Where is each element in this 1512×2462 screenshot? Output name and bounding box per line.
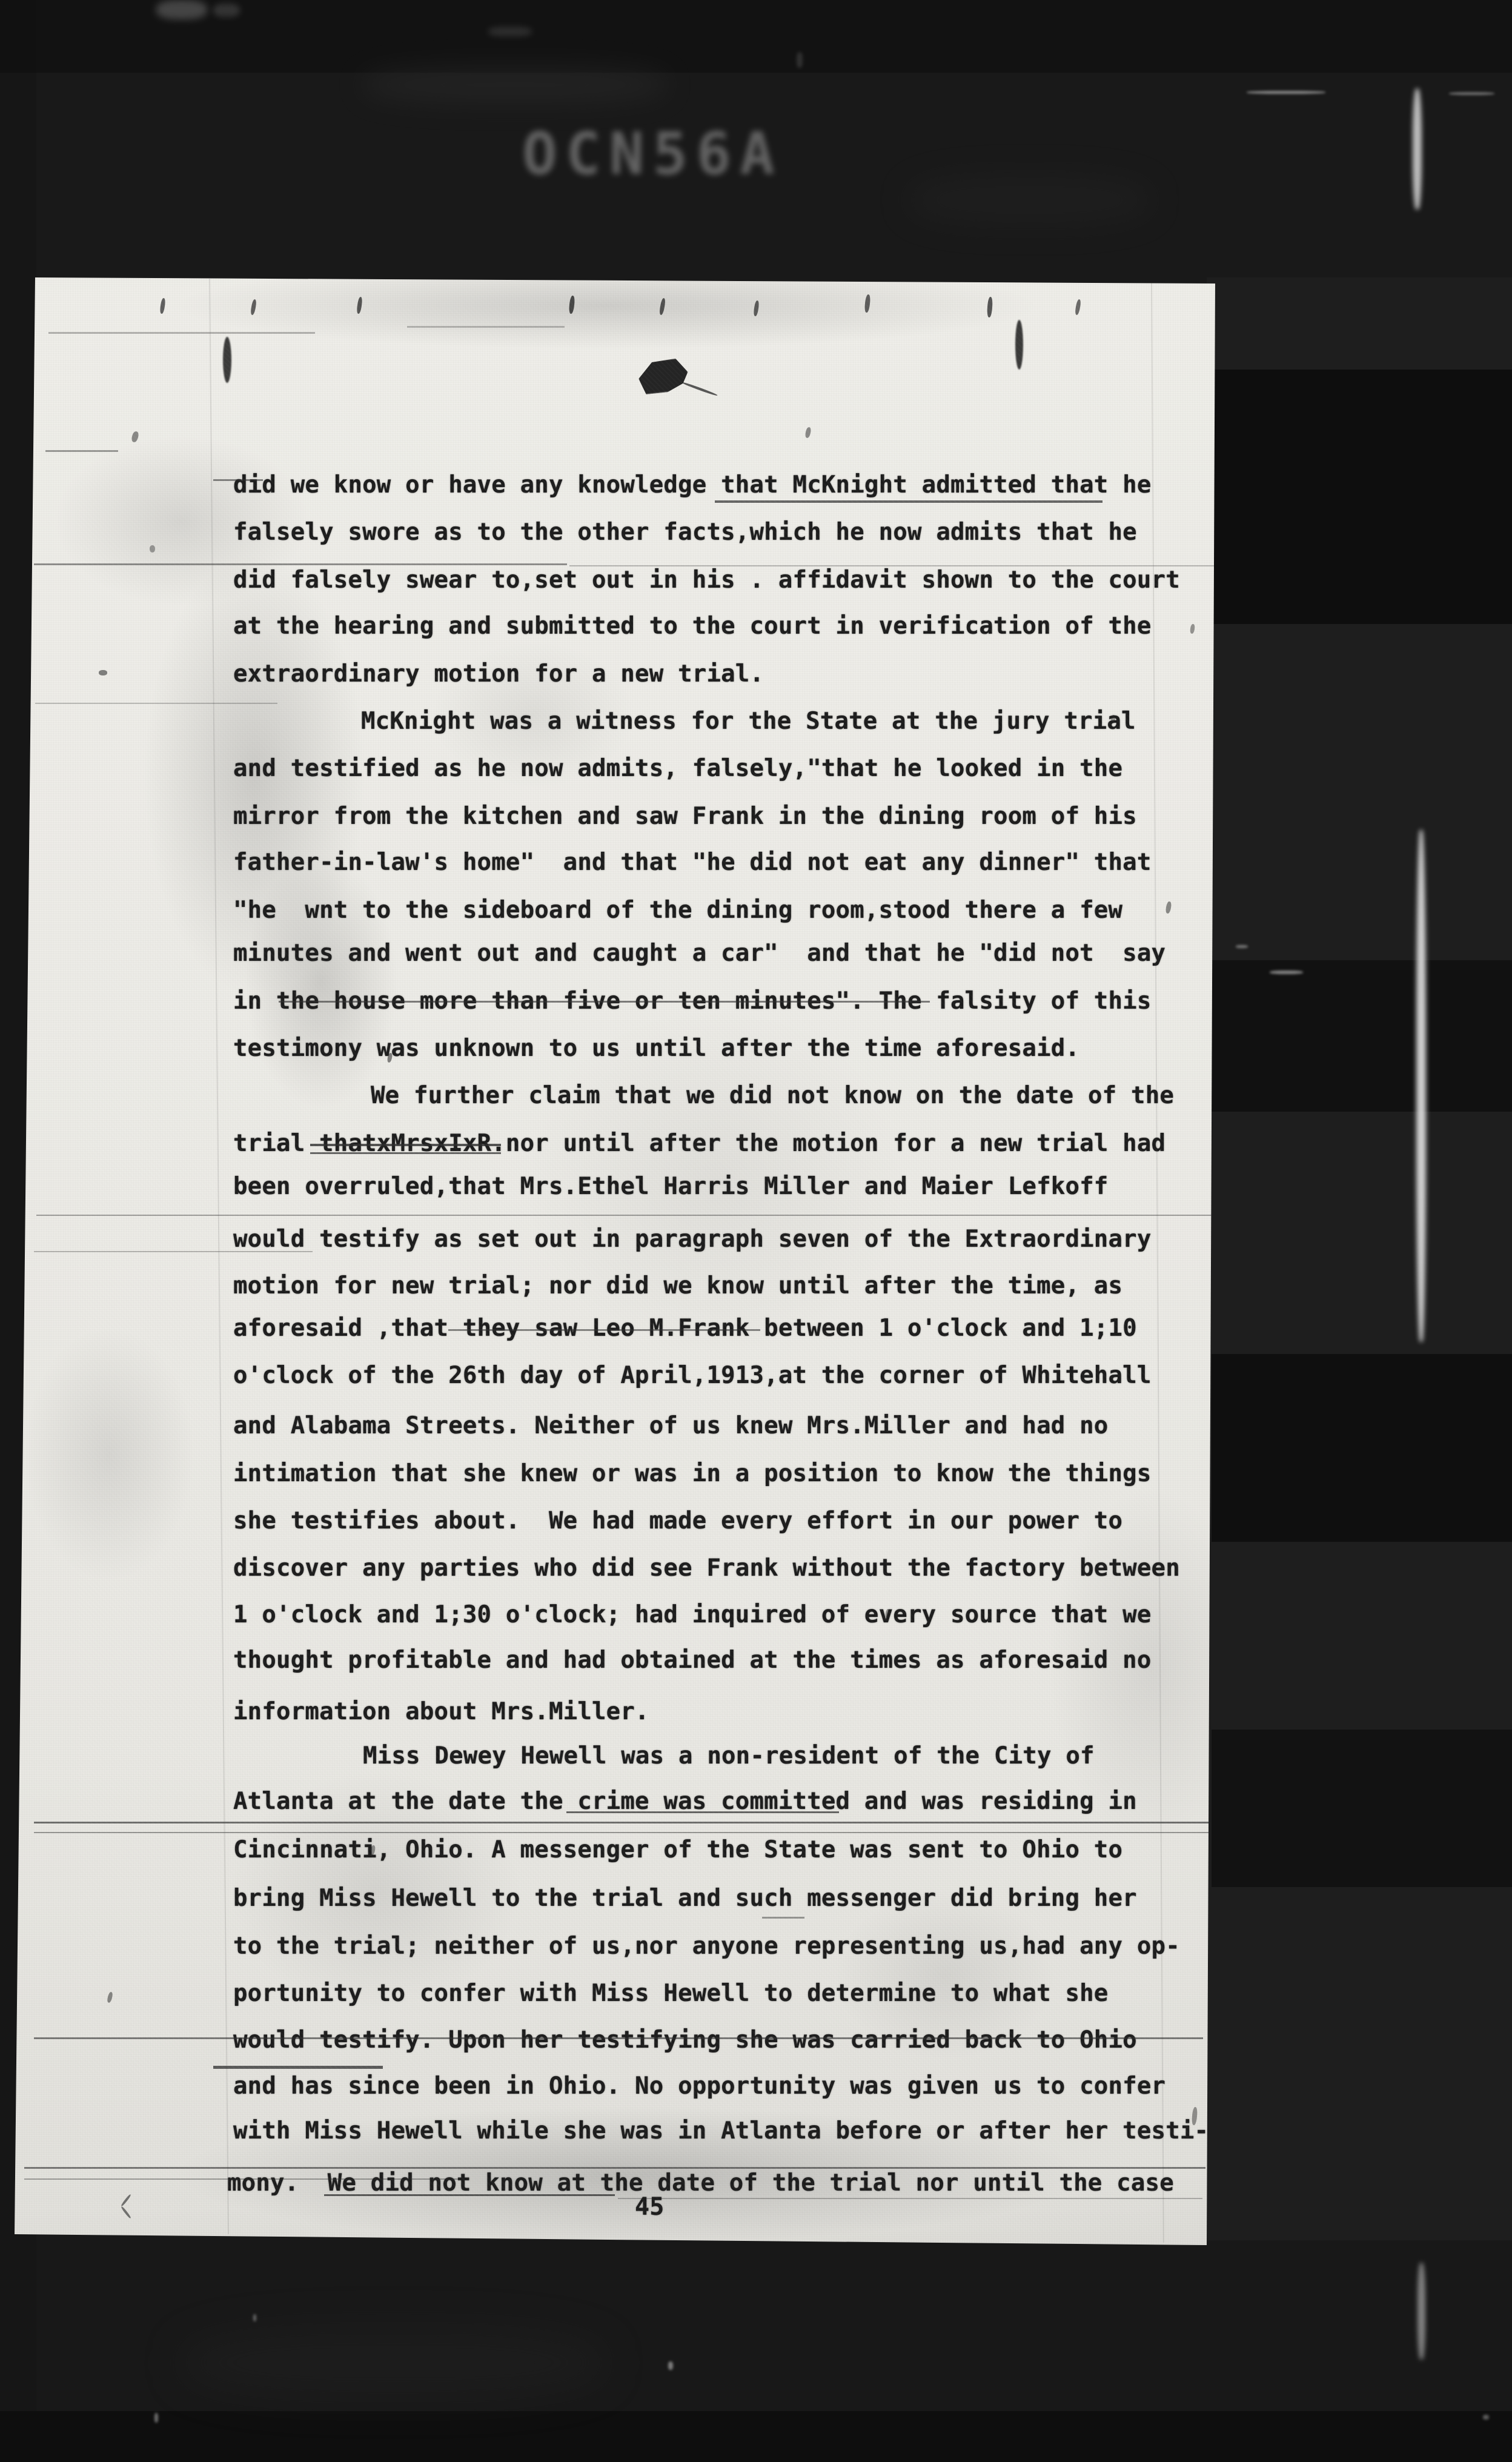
text-line: to the trial; neither of us,nor anyone r… <box>233 1933 1180 1960</box>
text-line: did falsely swear to,set out in his . af… <box>233 567 1180 594</box>
ink-speck <box>1075 299 1081 316</box>
film-scratch <box>154 2413 158 2423</box>
ink-speck <box>753 300 760 317</box>
film-border-block <box>1212 960 1512 1112</box>
film-border-block <box>1212 1354 1512 1542</box>
text-line: Miss Dewey Hewell was a non-resident of … <box>363 1743 1095 1770</box>
text-line: We further claim that we did not know on… <box>371 1083 1174 1110</box>
margin-rule-line <box>209 279 229 2234</box>
scratch-line <box>35 703 277 704</box>
text-line: motion for new trial; nor did we know un… <box>233 1273 1122 1300</box>
film-scratch <box>253 2314 256 2321</box>
scratch-line <box>213 479 263 481</box>
scratch-line <box>448 1329 760 1331</box>
scratch-line <box>279 1001 930 1003</box>
ink-speck <box>107 1991 113 2003</box>
text-line: falsely swore as to the other facts,whic… <box>233 519 1137 546</box>
scratch-line <box>618 2198 1202 2199</box>
text-line: and Alabama Streets. Neither of us knew … <box>233 1413 1108 1440</box>
film-scratch <box>668 2361 673 2370</box>
ink-speck <box>250 299 257 316</box>
text-line: and has since been in Ohio. No opportuni… <box>233 2073 1165 2100</box>
text-line: thought profitable and had obtained at t… <box>233 1647 1152 1674</box>
film-scratch <box>909 176 1151 224</box>
text-line: been overruled,that Mrs.Ethel Harris Mil… <box>233 1173 1108 1201</box>
text-line: with Miss Hewell while she was in Atlant… <box>233 2118 1209 2145</box>
text-line: at the hearing and submitted to the cour… <box>233 613 1152 640</box>
microfilm-scan: { "film": { "frame_marking": "OCN56A" },… <box>0 0 1512 2462</box>
ink-speck <box>681 382 718 397</box>
film-scratch <box>182 2326 606 2399</box>
text-line: extraordinary motion for a new trial. <box>233 661 764 688</box>
scratch-line <box>34 2037 1203 2039</box>
scratch-line <box>715 500 1102 503</box>
ink-speck <box>356 297 363 314</box>
text-line: would testify as set out in paragraph se… <box>233 1226 1152 1253</box>
text-line: mirror from the kitchen and saw Frank in… <box>233 803 1137 831</box>
text-line: father-in-law's home" and that "he did n… <box>233 849 1152 877</box>
ink-speck <box>121 2206 131 2218</box>
scratch-line <box>324 2194 615 2196</box>
film-scratch <box>1449 92 1494 95</box>
text-line: 1 o'clock and 1;30 o'clock; had inquired… <box>233 1602 1152 1629</box>
ink-blot <box>637 357 689 395</box>
ink-speck <box>150 545 155 552</box>
page-number: 45 <box>635 2193 665 2221</box>
ink-speck <box>804 426 812 438</box>
scratch-line <box>45 450 118 452</box>
ink-speck <box>99 670 107 675</box>
film-scratch <box>488 27 532 36</box>
scratch-line <box>213 2066 383 2069</box>
film-border-block <box>1212 370 1512 624</box>
scratch-line <box>36 1215 1212 1216</box>
ink-speck <box>1190 624 1195 634</box>
ink-speck <box>1165 901 1172 914</box>
scratch-line <box>24 2178 460 2180</box>
ink-speck <box>121 2194 131 2206</box>
ink-speck <box>659 298 666 316</box>
scratch-line <box>407 326 565 328</box>
text-line: did we know or have any knowledge that M… <box>233 472 1152 499</box>
film-scratch <box>363 67 666 103</box>
scratch-line <box>24 2167 1205 2169</box>
scratch-line <box>34 1832 1209 1833</box>
film-border-block <box>0 2411 1512 2462</box>
film-scratch <box>156 0 207 19</box>
ink-speck <box>131 431 139 443</box>
scratch-line <box>310 1152 501 1154</box>
film-scratch <box>1417 2263 1425 2360</box>
film-scratch <box>1236 945 1248 948</box>
text-line: would testify. Upon her testifying she w… <box>233 2027 1137 2054</box>
text-line: "he wnt to the sideboard of the dining r… <box>233 897 1122 924</box>
ink-speck <box>864 294 870 313</box>
ink-speck <box>987 297 993 317</box>
text-line: and testified as he now admits, falsely,… <box>233 755 1122 783</box>
text-line: she testifies about. We had made every e… <box>233 1508 1122 1535</box>
scratch-line <box>34 1251 313 1252</box>
scratch-line <box>310 1144 501 1146</box>
film-border-block <box>1212 1730 1512 1887</box>
scratch-line <box>566 1811 839 1813</box>
text-line: information about Mrs.Miller. <box>233 1699 649 1726</box>
scratch-line <box>762 1917 804 1919</box>
ink-speck <box>159 298 166 314</box>
film-frame-marking: OCN56A <box>522 125 783 183</box>
ink-speck <box>568 296 575 314</box>
text-line: minutes and went out and caught a car" a… <box>233 940 1165 967</box>
film-scratch <box>1416 830 1426 1342</box>
film-scratch <box>797 52 803 68</box>
text-line: discover any parties who did see Frank w… <box>233 1555 1180 1582</box>
text-line: o'clock of the 26th day of April,1913,at… <box>233 1362 1152 1390</box>
film-scratch <box>1483 2415 1489 2420</box>
text-line: Cincinnati, Ohio. A messenger of the Sta… <box>233 1837 1122 1864</box>
text-line: mony. We did not know at the date of the… <box>227 2170 1174 2197</box>
scratch-line <box>569 565 1227 566</box>
scratch-line <box>48 332 315 334</box>
scratch-line <box>34 563 567 565</box>
ink-mark <box>1015 320 1023 370</box>
ink-mark <box>223 337 231 383</box>
text-line: intimation that she knew or was in a pos… <box>233 1461 1152 1488</box>
text-line: portunity to confer with Miss Hewell to … <box>233 1980 1108 2008</box>
text-line: testimony was unknown to us until after … <box>233 1035 1079 1063</box>
film-scratch <box>1247 91 1325 94</box>
text-line: bring Miss Hewell to the trial and such … <box>233 1885 1137 1913</box>
scratch-line <box>34 1822 1209 1823</box>
film-scratch <box>1413 88 1422 210</box>
film-scratch <box>213 4 240 17</box>
text-line: McKnight was a witness for the State at … <box>361 708 1136 735</box>
film-scratch <box>1270 971 1303 974</box>
